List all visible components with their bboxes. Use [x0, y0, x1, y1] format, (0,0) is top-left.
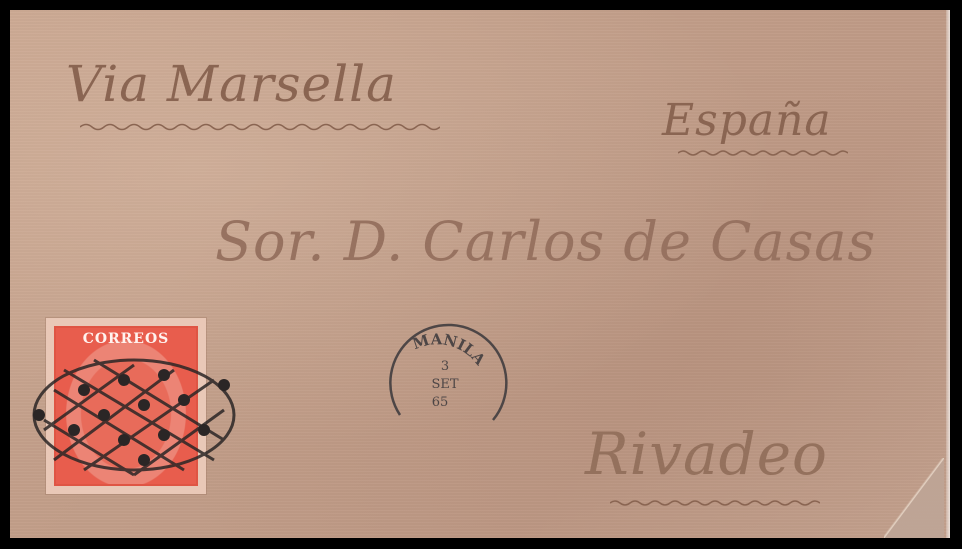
envelope-cover: Via Marsella España Sor. D. Carlos de Ca…	[10, 10, 950, 538]
manila-postmark: MANILA 3 SET 65	[375, 320, 515, 450]
routing-underline	[80, 122, 440, 132]
city-underline	[610, 498, 820, 508]
grid-cancel-icon	[24, 350, 244, 480]
destination-city: Rivadeo	[585, 420, 828, 488]
svg-text:MANILA: MANILA	[410, 330, 489, 369]
stamp-label: CORREOS	[56, 331, 196, 347]
postmark-year: 65	[432, 395, 449, 410]
postmark-day: 3	[441, 359, 449, 374]
country-underline	[678, 148, 848, 158]
postmark-month: SET	[431, 377, 458, 392]
routing-note: Via Marsella	[66, 55, 397, 113]
destination-country: España	[662, 95, 832, 146]
addressee: Sor. D. Carlos de Casas	[215, 210, 876, 273]
postmark-town: MANILA	[410, 330, 489, 369]
folded-corner	[884, 458, 944, 538]
